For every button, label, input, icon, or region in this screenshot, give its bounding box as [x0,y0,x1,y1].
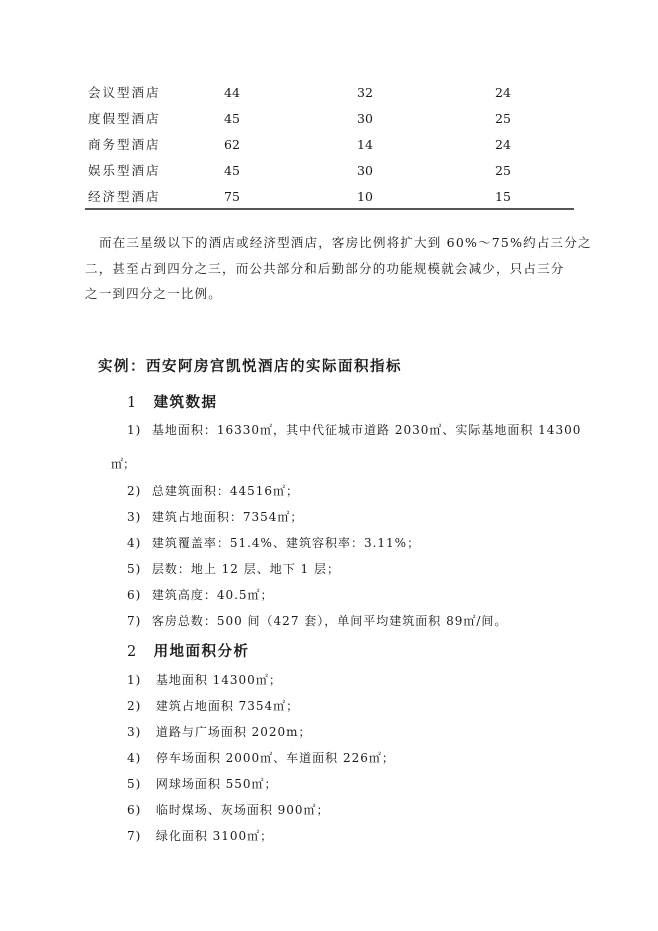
list-item: 3) 道路与广场面积 2020m； [127,723,312,740]
document-page: 会议型酒店 44 32 24 度假型酒店 45 30 25 商务型酒店 62 1… [0,0,658,931]
list-item-text: 建筑占地面积 7354㎡； [156,699,299,713]
list-item-index: 7) [127,829,151,843]
table-cell-value: 24 [495,132,511,158]
list-item-index: 5) [127,562,147,576]
list-item: 1) 基地面积：16330㎡，其中代征城市道路 2030㎡、实际基地面积 143… [127,421,581,438]
list-item-index: 1) [127,423,147,437]
list-item-index: 2) [127,484,147,498]
list-item: 3) 建筑占地面积：7354㎡； [127,508,303,525]
paragraph-line: 而在三星级以下的酒店或经济型酒店，客房比例将扩大到 60%～75%约占三分之 [99,230,569,256]
list-item-text: 总建筑面积：44516㎡； [152,484,299,498]
list-item-index: 4) [127,751,151,765]
list-item-index: 3) [127,510,147,524]
table-cell-type: 度假型酒店 [88,106,161,132]
subsection-heading-building-data: 1 建筑数据 [127,391,218,412]
subsection-title: 用地面积分析 [154,644,250,660]
table-row: 会议型酒店 44 32 24 [85,80,574,106]
list-item: 6) 建筑高度：40.5㎡； [127,586,274,603]
list-item-text: 道路与广场面积 2020m； [156,725,312,739]
list-item: 5) 网球场面积 550㎡； [127,775,278,792]
table-cell-type: 商务型酒店 [88,132,161,158]
subsection-heading-land-area: 2 用地面积分析 [127,640,250,661]
table-cell-value: 45 [224,158,240,184]
body-paragraph: 而在三星级以下的酒店或经济型酒店，客房比例将扩大到 60%～75%约占三分之 二… [99,230,569,307]
list-item: 4) 停车场面积 2000㎡、车道面积 226㎡； [127,749,395,766]
list-item-index: 6) [127,588,147,602]
list-item-index: 4) [127,536,147,550]
list-item: 2) 总建筑面积：44516㎡； [127,482,299,499]
table-cell-value: 10 [357,184,373,210]
table-cell-value: 44 [224,80,240,106]
table-cell-value: 62 [224,132,240,158]
list-item-index: 6) [127,803,151,817]
list-item: 1) 基地面积 14300㎡； [127,671,282,688]
table-cell-value: 32 [357,80,373,106]
table-cell-value: 75 [224,184,240,210]
list-item-continuation: ㎡； [111,455,135,472]
table-cell-value: 15 [495,184,511,210]
table-cell-value: 14 [357,132,373,158]
table-cell-value: 30 [357,158,373,184]
list-item-index: 2) [127,699,151,713]
list-item: 4) 建筑覆盖率：51.4%、建筑容积率：3.11%； [127,534,420,551]
table-cell-value: 25 [495,106,511,132]
table-cell-value: 25 [495,158,511,184]
subsection-number: 2 [127,644,147,660]
list-item-index: 5) [127,777,151,791]
list-item-text: 层数：地上 12 层、地下 1 层； [152,562,340,576]
list-item-text: 基地面积 14300㎡； [156,673,282,687]
list-item: 5) 层数：地上 12 层、地下 1 层； [127,560,340,577]
list-item: 7) 绿化面积 3100㎡； [127,827,273,844]
table-cell-type: 会议型酒店 [88,80,161,106]
paragraph-line: 之一到四分之一比例。 [85,281,569,307]
table-cell-value: 45 [224,106,240,132]
list-item-text: 停车场面积 2000㎡、车道面积 226㎡； [156,751,395,765]
list-item: 7) 客房总数：500 间（427 套），单间平均建筑面积 89㎡/间。 [127,612,507,629]
table-cell-type: 娱乐型酒店 [88,158,161,184]
list-item-text: 建筑高度：40.5㎡； [152,588,274,602]
paragraph-line: 二，甚至占到四分之三，而公共部分和后勤部分的功能规模就会减少，只占三分 [85,256,569,282]
list-item-text: 基地面积：16330㎡，其中代征城市道路 2030㎡、实际基地面积 14300 [152,423,582,437]
list-item-index: 1) [127,673,151,687]
table-row: 度假型酒店 45 30 25 [85,106,574,132]
table-row: 经济型酒店 75 10 15 [85,184,574,210]
subsection-number: 1 [127,395,147,411]
table-row: 商务型酒店 62 14 24 [85,132,574,158]
list-item-text: 临时煤场、灰场面积 900㎡； [156,803,330,817]
list-item-text: 网球场面积 550㎡； [156,777,278,791]
list-item: 6) 临时煤场、灰场面积 900㎡； [127,801,330,818]
hotel-type-ratio-table: 会议型酒店 44 32 24 度假型酒店 45 30 25 商务型酒店 62 1… [85,80,574,210]
table-cell-value: 30 [357,106,373,132]
table-bottom-rule [85,208,574,210]
list-item-text: 客房总数：500 间（427 套），单间平均建筑面积 89㎡/间。 [152,614,508,628]
table-cell-type: 经济型酒店 [88,184,161,210]
table-cell-value: 24 [495,80,511,106]
list-item-index: 7) [127,614,147,628]
list-item: 2) 建筑占地面积 7354㎡； [127,697,299,714]
list-item-index: 3) [127,725,151,739]
list-item-text: 建筑占地面积：7354㎡； [152,510,304,524]
subsection-title: 建筑数据 [154,395,218,411]
section-heading: 实例：西安阿房宫凯悦酒店的实际面积指标 [98,355,402,376]
list-item-text: 建筑覆盖率：51.4%、建筑容积率：3.11%； [152,536,420,550]
table-row: 娱乐型酒店 45 30 25 [85,158,574,184]
list-item-text: 绿化面积 3100㎡； [156,829,273,843]
